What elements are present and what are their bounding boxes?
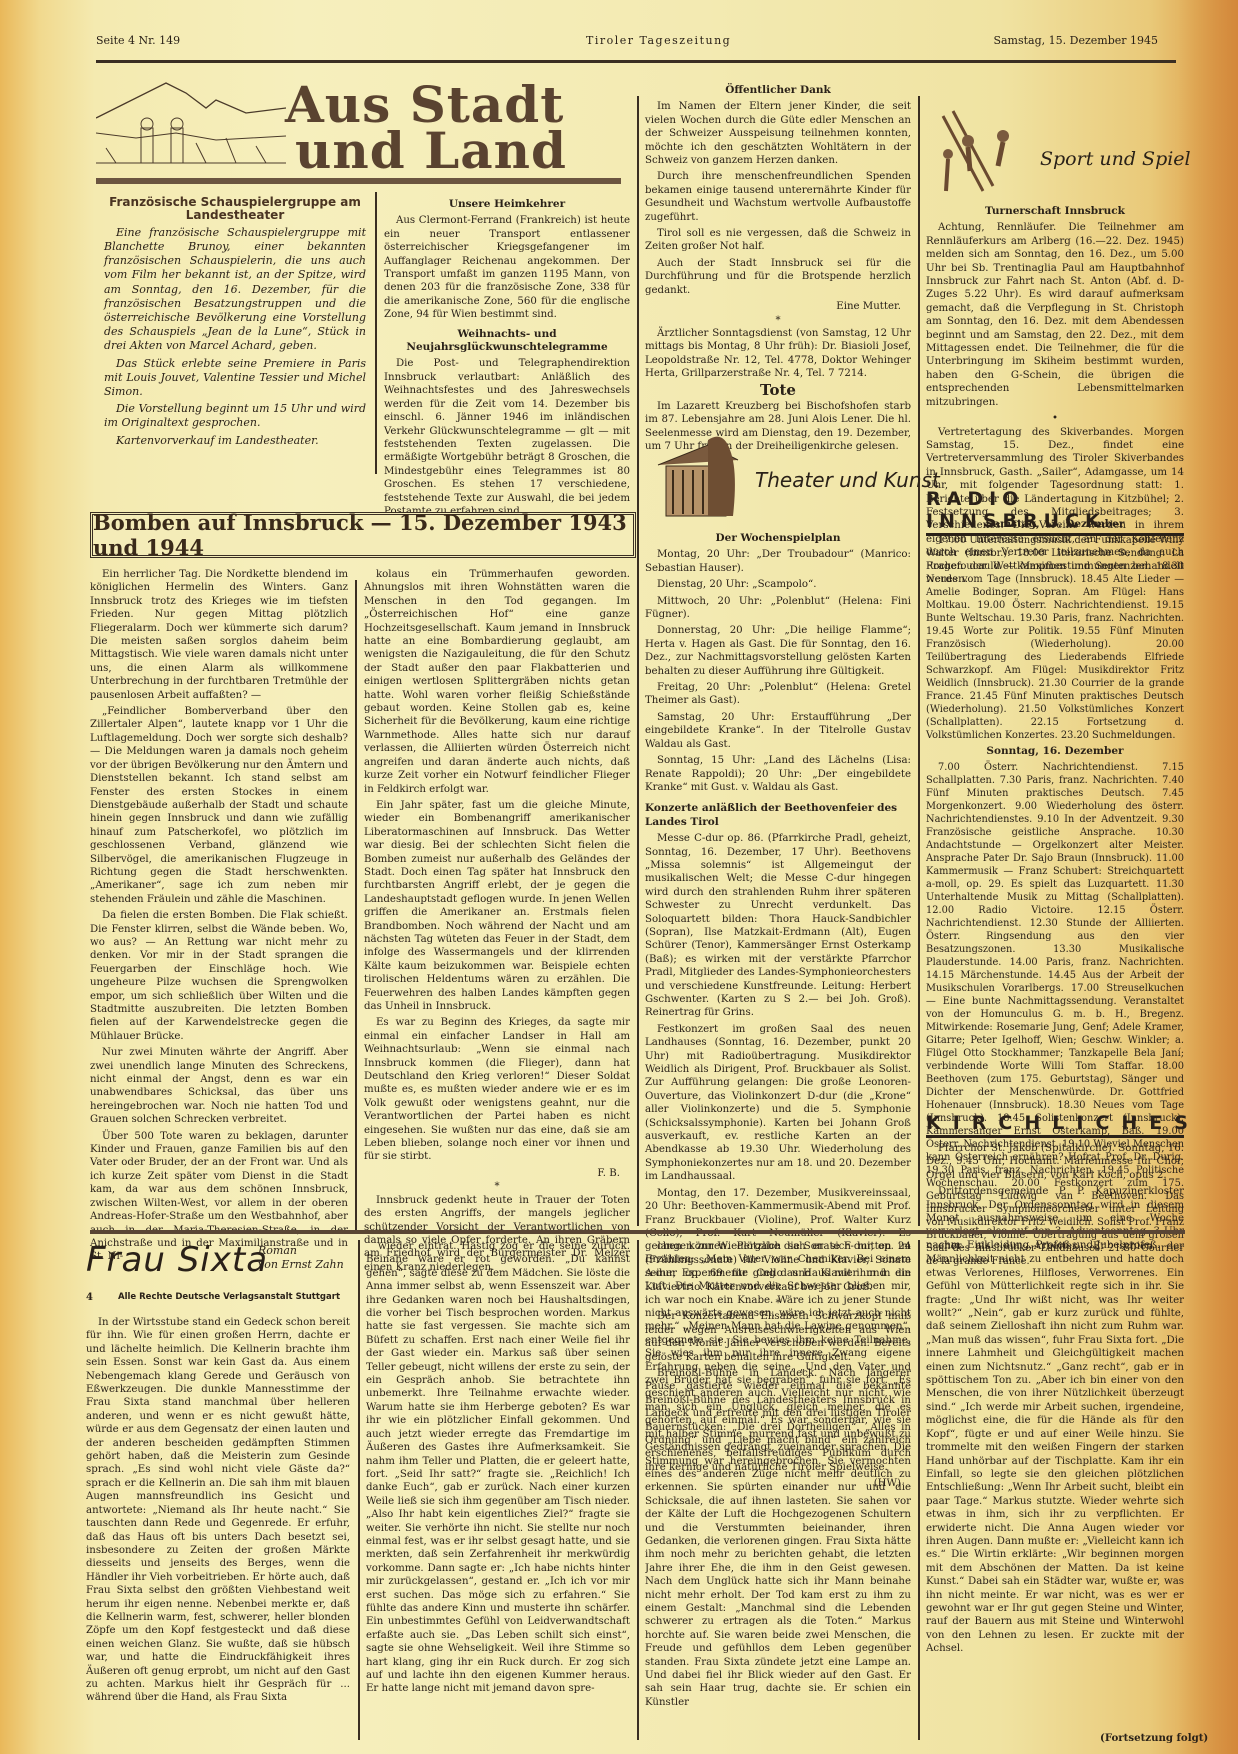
theater-und-kunst-banner: Theater und Kunst xyxy=(755,468,940,492)
paragraph: Aus Clermont-Ferrand (Frankreich) ist he… xyxy=(384,214,630,321)
episode-number: 4 xyxy=(86,1292,93,1303)
article-kirchliches: Pfarrchor St. Jakob (Spitalkirche). Sonn… xyxy=(926,1142,1184,1255)
title-underline xyxy=(96,178,621,184)
article-title: Unsere Heimkehrer xyxy=(384,198,630,211)
masthead-rule xyxy=(96,60,1176,63)
column-divider xyxy=(637,1240,639,1740)
paragraph: Festkonzert im großen Saal des neuen Lan… xyxy=(645,1023,911,1184)
issue-date: Samstag, 15. Dezember 1945 xyxy=(993,34,1158,47)
rights-notice: Alle Rechte Deutsche Verlagsanstalt Stut… xyxy=(118,1292,340,1302)
paragraph: eher als ein Arbeiter. Er schien der Män… xyxy=(926,1240,1184,1656)
paragraph: Ein herrlicher Tag. Die Nordkette blende… xyxy=(90,568,348,702)
sport-und-spiel-banner: Sport und Spiel xyxy=(1040,148,1191,170)
article-oeffentlicher-dank: Öffentlicher Dank Im Namen der Eltern je… xyxy=(645,84,911,457)
signature: F. B. xyxy=(364,1167,630,1180)
paragraph: In der Wirtsstube stand ein Gedeck schon… xyxy=(86,1316,350,1705)
article-title: Konzerte anläßlich der Beethovenfeier de… xyxy=(645,802,911,829)
paragraph: „Feindlicher Bomberverband über den Zill… xyxy=(90,705,348,906)
novel-col1: In der Wirtsstube stand ein Gedeck schon… xyxy=(86,1316,350,1746)
schedule-entry: Sonntag, 15 Uhr: „Land des Lächelns (Lis… xyxy=(645,754,911,794)
novel-col2: wieder eintrat. Hastig zog er die seine … xyxy=(366,1240,630,1746)
paragraph: Achtung, Rennläufer. Die Teilnehmer am R… xyxy=(926,221,1184,409)
paragraph: Im Namen der Eltern jener Kinder, die se… xyxy=(645,100,911,167)
schedule-entry: Montag, 20 Uhr: „Der Troubadour“ (Manric… xyxy=(645,548,911,575)
article-bomben-col2: kolaus ein Trümmerhaufen geworden. Ahnun… xyxy=(364,568,630,1277)
novel-genre: Roman xyxy=(258,1244,344,1258)
paragraph: Nur zwei Minuten währte der Angriff. Abe… xyxy=(90,1046,348,1126)
innsbruck-skyline-illustration xyxy=(96,78,286,178)
kirchliches-heading: KIRCHLICHES xyxy=(926,1112,1184,1138)
novel-author: von Ernst Zahn xyxy=(258,1258,344,1272)
signature: Eine Mutter. xyxy=(645,300,911,313)
schedule-entry: Mittwoch, 20 Uhr: „Polenblut“ (Helena: F… xyxy=(645,595,911,622)
paragraph: Ein Jahr später, fast um die gleiche Min… xyxy=(364,799,630,1014)
radio-schedule: 17.00 Unterhaltungsmusik der Funkkapelle… xyxy=(926,534,1184,742)
paragraph: Durch ihre menschenfreundlichen Spenden … xyxy=(645,170,911,224)
column-divider xyxy=(355,580,357,1230)
article-french-troupe: Französische Schauspielergruppe am Lande… xyxy=(104,196,366,451)
radio-day-heading: Samstag, 15. Dezember xyxy=(926,518,1184,531)
article-bomben-col1: Ein herrlicher Tag. Die Nordkette blende… xyxy=(90,568,348,1267)
paragraph: wieder eintrat. Hastig zog er die seine … xyxy=(366,1240,630,1696)
paragraph: Die Vorstellung beginnt um 15 Uhr und wi… xyxy=(104,402,366,430)
bomben-auf-innsbruck-banner: Bomben auf Innsbruck — 15. Dezember 1943… xyxy=(90,512,636,558)
column-divider xyxy=(375,192,377,474)
column-divider xyxy=(918,1240,920,1740)
novel-title: Frau Sixta xyxy=(86,1240,268,1280)
continuation-notice: (Fortsetzung folgt) xyxy=(1100,1732,1208,1745)
theater-building-illustration xyxy=(648,430,748,528)
paragraph: Es war zu Beginn des Krieges, da sagte m… xyxy=(364,1016,630,1163)
paragraph: Pfarrchor St. Jakob (Spitalkirche). Sonn… xyxy=(926,1142,1184,1182)
skiers-illustration xyxy=(928,96,1038,196)
paragraph: Das Stück erlebte seine Premiere in Pari… xyxy=(104,357,366,400)
article-title: Öffentlicher Dank xyxy=(645,84,911,97)
novel-col3: chen können. Plötzlich sah er sich mitte… xyxy=(645,1240,911,1746)
schedule-entry: Donnerstag, 20 Uhr: „Die heilige Flamme“… xyxy=(645,624,911,678)
article-title: Der Wochenspielplan xyxy=(645,532,911,545)
masthead: Seite 4 Nr. 149 Tiroler Tageszeitung Sam… xyxy=(96,34,1158,52)
paragraph: Da fielen die ersten Bomben. Die Flak sc… xyxy=(90,909,348,1043)
paragraph: Messe C-dur op. 86. (Pfarrkirche Pradl, … xyxy=(645,832,911,1020)
column-divider xyxy=(358,1240,360,1740)
section-title: Aus Stadt und Land xyxy=(285,82,567,174)
article-title: Französische Schauspielergruppe am Lande… xyxy=(104,196,366,223)
paragraph: Eine französische Schauspielergruppe mit… xyxy=(104,226,366,354)
radio-day-heading: Sonntag, 16. Dezember xyxy=(926,745,1184,758)
article-title: Weihnachts- und Neujahrsglückwunschteleg… xyxy=(384,328,630,355)
page-stain xyxy=(1178,0,1238,1754)
schedule-entry: Dienstag, 20 Uhr: „Scampolo“. xyxy=(645,578,911,591)
paragraph: chen können. Plötzlich sah er sich mitte… xyxy=(645,1240,911,1709)
article-title: Turnerschaft Innsbruck xyxy=(926,205,1184,218)
novel-byline: Roman von Ernst Zahn xyxy=(258,1244,344,1272)
paper-name: Tiroler Tageszeitung xyxy=(586,34,731,47)
column-divider xyxy=(637,96,639,1226)
article-heimkehrer: Unsere Heimkehrer Aus Clermont-Ferrand (… xyxy=(384,198,630,521)
paragraph: Die Post- und Telegraphendirektion Innsb… xyxy=(384,357,630,518)
section-title-line2: und Land xyxy=(285,128,567,174)
novel-col4: eher als ein Arbeiter. Er schien der Män… xyxy=(926,1240,1184,1730)
schedule-entry: Samstag, 20 Uhr: Erstaufführung „Der ein… xyxy=(645,711,911,751)
aerztlicher-sonntagsdienst: Ärztlicher Sonntagsdienst (von Samstag, … xyxy=(645,327,911,381)
section-divider xyxy=(90,1230,1185,1234)
paragraph: Tirol soll es nie vergessen, daß die Sch… xyxy=(645,227,911,254)
paragraph: kolaus ein Trümmerhaufen geworden. Ahnun… xyxy=(364,568,630,796)
schedule-entry: Freitag, 20 Uhr: „Polenblut“ (Helena: Gr… xyxy=(645,681,911,708)
article-title: Tote xyxy=(645,384,911,397)
page-number: Seite 4 Nr. 149 xyxy=(96,34,180,47)
paragraph: Kartenvorverkauf im Landestheater. xyxy=(104,434,366,448)
paragraph: Auch der Stadt Innsbruck sei für die Dur… xyxy=(645,257,911,297)
column-divider xyxy=(918,96,920,1226)
